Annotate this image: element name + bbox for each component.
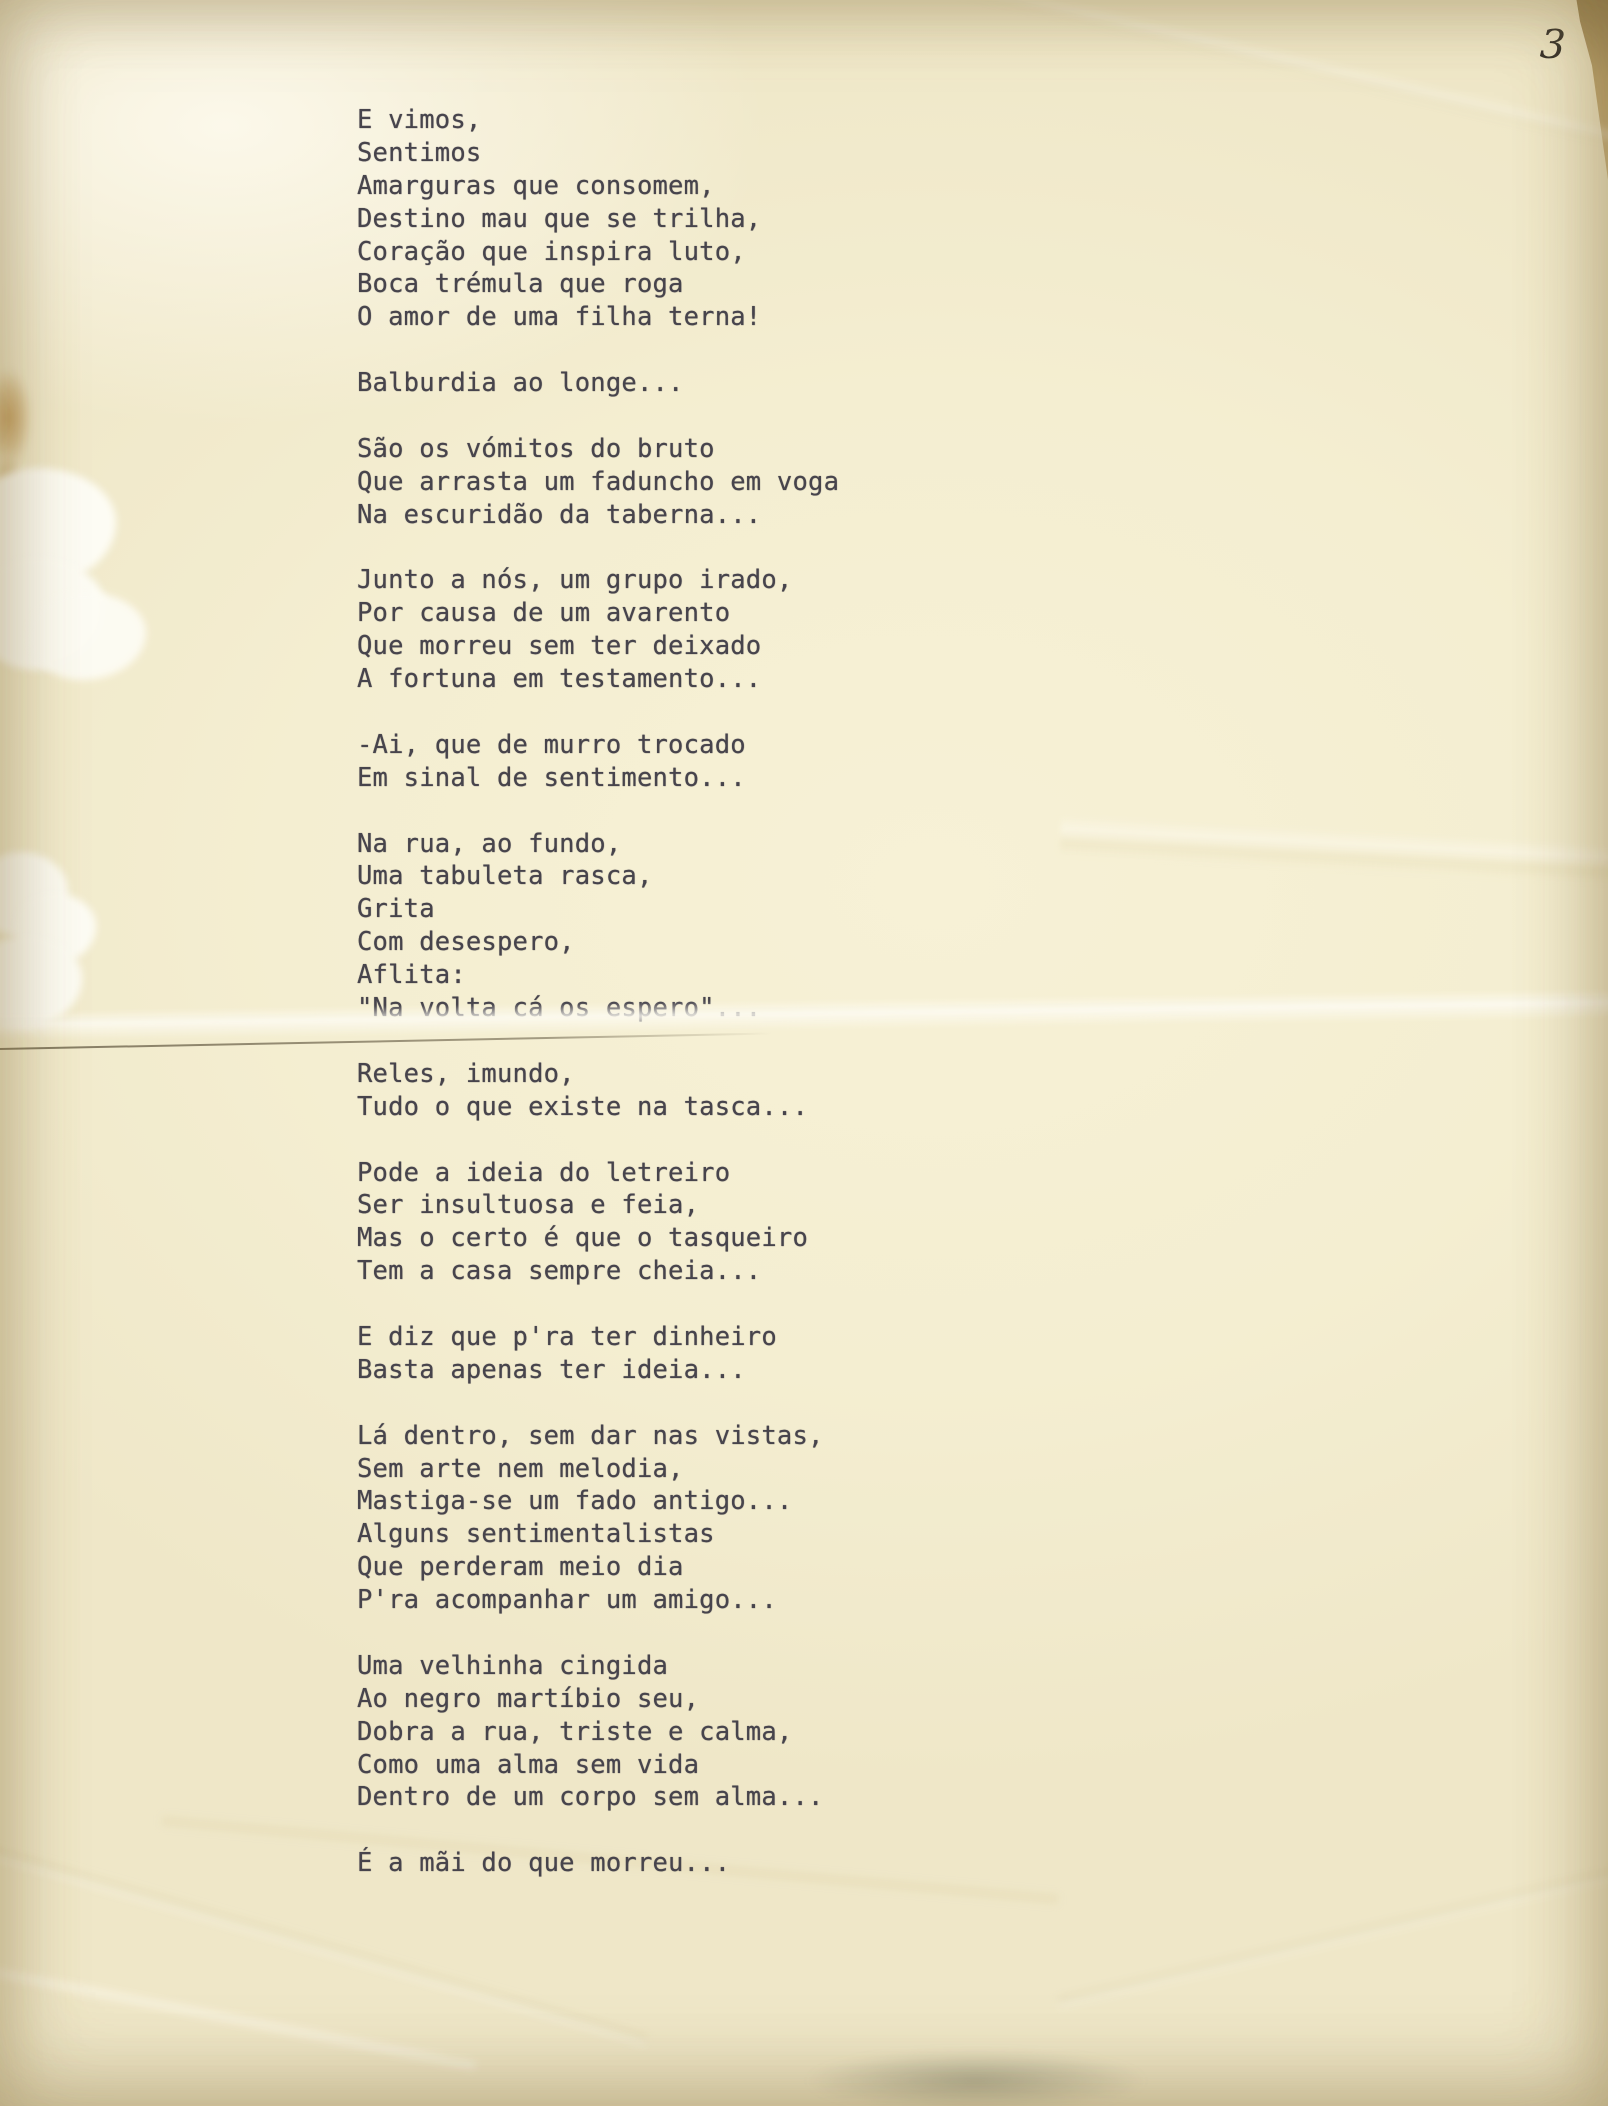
paper-tear-patch	[0, 468, 116, 586]
poem-line: Alguns sentimentalistas	[357, 1518, 839, 1551]
poem-line: Que arrasta um faduncho em voga	[357, 466, 839, 499]
paper-wrinkle	[908, 0, 1608, 152]
poem-line: "Na volta cá os espero"...	[357, 992, 839, 1025]
poem-stanza: É a mãi do que morreu...	[357, 1847, 839, 1880]
poem-line: P'ra acompanhar um amigo...	[357, 1584, 839, 1617]
poem-line: Basta apenas ter ideia...	[357, 1354, 839, 1387]
poem-line: E diz que p'ra ter dinheiro	[357, 1321, 839, 1354]
poem-line: Pode a ideia do letreiro	[357, 1157, 839, 1190]
page-number: 3	[1539, 21, 1567, 68]
poem-stanza: Reles, imundo,Tudo o que existe na tasca…	[357, 1058, 839, 1124]
paper-fold-highlight	[1059, 816, 1608, 888]
poem-stanza: Na rua, ao fundo,Uma tabuleta rasca,Grit…	[357, 828, 839, 1025]
poem-line: Coração que inspira luto,	[357, 236, 839, 269]
poem-line: E vimos,	[357, 104, 839, 137]
poem-line: Reles, imundo,	[357, 1058, 839, 1091]
poem-line: Sem arte nem melodia,	[357, 1453, 839, 1486]
paper-tear-patch	[0, 852, 68, 936]
poem-stanza: Lá dentro, sem dar nas vistas,Sem arte n…	[357, 1420, 839, 1617]
poem-line: Dobra a rua, triste e calma,	[357, 1716, 839, 1749]
poem-line: Por causa de um avarento	[357, 597, 839, 630]
poem-line: São os vómitos do bruto	[357, 433, 839, 466]
poem-line: Grita	[357, 893, 839, 926]
poem-line: Balburdia ao longe...	[357, 367, 839, 400]
paper-stain	[0, 368, 32, 468]
poem-line: Destino mau que se trilha,	[357, 203, 839, 236]
poem-stanza: Uma velhinha cingidaAo negro martíbio se…	[357, 1650, 839, 1814]
poem-line: Aflita:	[357, 959, 839, 992]
poem-stanza: São os vómitos do brutoQue arrasta um fa…	[357, 433, 839, 532]
paper-tear-patch	[0, 936, 82, 1028]
document-page: { "page": { "number": "3" }, "poem": { "…	[0, 0, 1608, 2106]
paper-wrinkle	[0, 1962, 476, 2070]
poem-line: Ao negro martíbio seu,	[357, 1683, 839, 1716]
poem-line: Na rua, ao fundo,	[357, 828, 839, 861]
poem-stanza: E diz que p'ra ter dinheiroBasta apenas …	[357, 1321, 839, 1387]
paper-tear-patch	[14, 893, 96, 965]
poem-line: Ser insultuosa e feia,	[357, 1189, 839, 1222]
poem-line: Mas o certo é que o tasqueiro	[357, 1222, 839, 1255]
poem-line: Como uma alma sem vida	[357, 1749, 839, 1782]
poem-stanza: Junto a nós, um grupo irado,Por causa de…	[357, 564, 839, 696]
poem-line: Mastiga-se um fado antigo...	[357, 1485, 839, 1518]
paper-stain	[0, 455, 22, 501]
poem-line: Em sinal de sentimento...	[357, 762, 839, 795]
poem-line: Boca trémula que roga	[357, 268, 839, 301]
poem-line: -Ai, que de murro trocado	[357, 729, 839, 762]
poem-line: Uma tabuleta rasca,	[357, 860, 839, 893]
poem-line: Com desespero,	[357, 926, 839, 959]
poem-line: A fortuna em testamento...	[357, 663, 839, 696]
paper-tear-patch	[0, 558, 106, 670]
poem-line: Que perderam meio dia	[357, 1551, 839, 1584]
poem-line: É a mãi do que morreu...	[357, 1847, 839, 1880]
poem-line: Tem a casa sempre cheia...	[357, 1255, 839, 1288]
poem-stanza: Balburdia ao longe...	[357, 367, 839, 400]
paper-wrinkle	[1057, 1853, 1608, 2008]
poem-stanza: -Ai, que de murro trocadoEm sinal de sen…	[357, 729, 839, 795]
poem-line: Amarguras que consomem,	[357, 170, 839, 203]
poem-stanza: Pode a ideia do letreiroSer insultuosa e…	[357, 1157, 839, 1289]
poem-line: Na escuridão da taberna...	[357, 499, 839, 532]
poem-stanza: E vimos,SentimosAmarguras que consomem,D…	[357, 104, 839, 334]
poem-line: O amor de uma filha terna!	[357, 301, 839, 334]
poem-line: Junto a nós, um grupo irado,	[357, 564, 839, 597]
paper-tear-patch	[28, 592, 146, 680]
poem: E vimos,SentimosAmarguras que consomem,D…	[357, 104, 839, 1913]
poem-line: Que morreu sem ter deixado	[357, 630, 839, 663]
poem-line: Lá dentro, sem dar nas vistas,	[357, 1420, 839, 1453]
poem-line: Sentimos	[357, 137, 839, 170]
poem-line: Uma velhinha cingida	[357, 1650, 839, 1683]
poem-line: Dentro de um corpo sem alma...	[357, 1781, 839, 1814]
poem-line: Tudo o que existe na tasca...	[357, 1091, 839, 1124]
paper-smudge	[806, 2050, 1146, 2106]
